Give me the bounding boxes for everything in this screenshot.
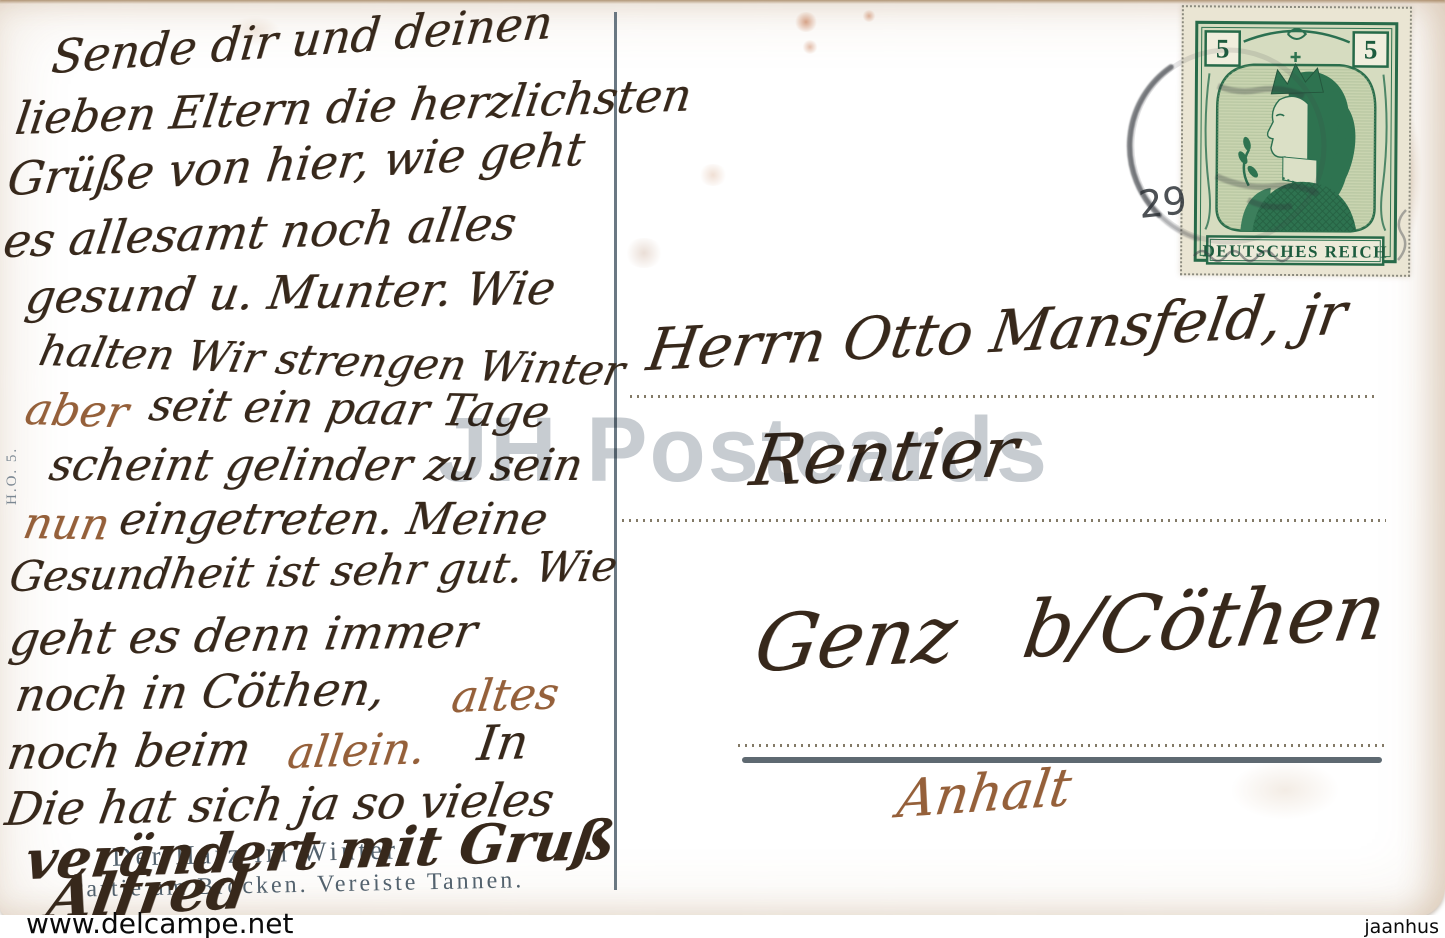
printer-series-mark: H.O. 5. <box>4 447 21 505</box>
message-line: geht es denn immer <box>6 604 481 666</box>
jaanhus-watermark: jaanhus <box>1364 916 1439 938</box>
svg-text:5: 5 <box>1364 34 1378 64</box>
postage-stamp: 5 5 <box>1180 5 1412 277</box>
message-line: noch beim <box>4 722 255 780</box>
germania-stamp-graphic: 5 5 <box>1182 7 1410 275</box>
address-dotted-line-3 <box>738 744 1384 747</box>
stamp-value-right: 5 <box>1354 32 1388 66</box>
address-region: Anhalt <box>894 758 1075 831</box>
message-line: noch in Cöthen, <box>12 661 389 722</box>
message-line: aber <box>21 384 133 438</box>
delcampe-watermark: www.delcampe.net <box>26 907 294 938</box>
stamp-value-left: 5 <box>1206 31 1240 65</box>
stamp-country-band: DEUTSCHES REICH <box>1202 236 1388 264</box>
jh-postcards-watermark: JH Postcards <box>437 398 1049 503</box>
svg-text:5: 5 <box>1216 33 1230 63</box>
message-line: In <box>474 714 532 772</box>
scan-footer: www.delcampe.net jaanhus <box>0 915 1445 938</box>
postcard-scan: H.O. 5. Der Harz im Winter. Partie am Br… <box>0 0 1445 938</box>
svg-text:DEUTSCHES REICH: DEUTSCHES REICH <box>1202 241 1388 261</box>
address-dotted-line-2 <box>622 519 1386 522</box>
message-line: gesund u. Munter. Wie <box>22 261 560 324</box>
message-line: allein. <box>284 723 428 779</box>
message-line: nun <box>19 498 114 550</box>
